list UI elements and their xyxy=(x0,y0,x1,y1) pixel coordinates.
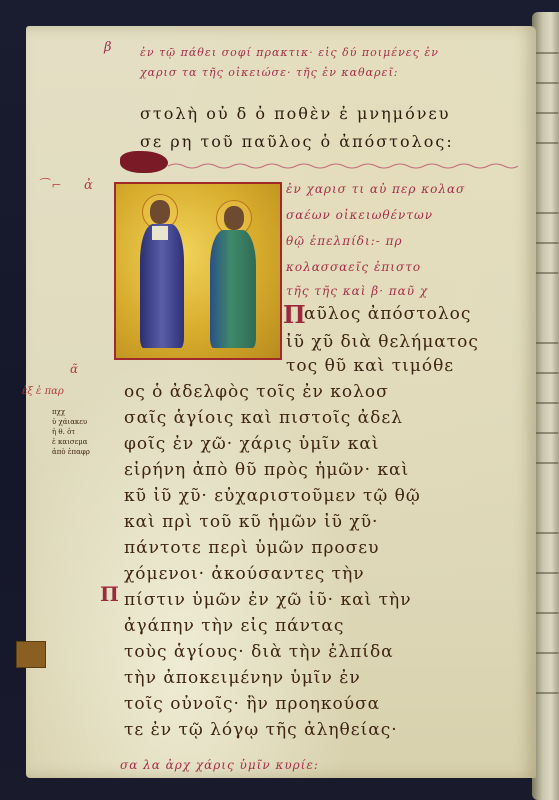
facing-page-edge xyxy=(532,12,559,800)
title-line-2: σε ρη τοῦ παῦλος ὁ ἀπόστολος: xyxy=(140,132,454,151)
main-line-beside-3: τος θῦ καὶ τιμόθε xyxy=(286,356,454,376)
red-ink-blot xyxy=(120,151,168,173)
rubric-line-2: σαέων οἰκειωθέντων xyxy=(286,208,433,222)
header-rubric-line-2: χαρισ τα τῆς οἰκειώσε· τῆς ἐν καθαρεῖ: xyxy=(140,66,398,79)
second-initial: Π xyxy=(100,582,120,606)
title-line-1: στολὴ οὐ δ ὀ ποθὲν ἐ μνημόνευ xyxy=(140,104,450,123)
right-saint-robe xyxy=(210,230,256,348)
margin-gloss-3: ἡ θ. ὁτ xyxy=(52,428,75,436)
margin-gloss-2: ὑ χάιακευ xyxy=(52,418,87,426)
main-line-beside-1: αῦλος ἀπόστολος xyxy=(304,304,471,324)
page-tab-marker xyxy=(16,641,46,668)
section-marker: β xyxy=(104,40,113,55)
wavy-divider xyxy=(168,162,518,170)
main-line-beside-2: ἰῦ χῦ διὰ θελήματος xyxy=(286,332,479,352)
margin-mark: ⁀ ⌐ xyxy=(38,178,62,192)
miniature-saints xyxy=(114,182,282,360)
main-line-13: τοῖς οὐνοῖς· ἣν προηκούσα xyxy=(124,694,380,714)
margin-letter-mid: ᾶ xyxy=(70,362,78,376)
left-saint-head xyxy=(150,200,170,224)
main-line-12: τὴν ἀποκειμένην ὑμῖν ἐν xyxy=(124,668,361,688)
main-line-2: σαῖς ἁγίοις καὶ πιστοῖς ἀδελ xyxy=(124,408,403,428)
main-line-5: κῦ ἰῦ χῦ· εὐχαριστοῦμεν τῷ θῷ xyxy=(124,486,421,506)
margin-gloss-4: ἐ καισεμα xyxy=(52,438,88,446)
main-line-14: τε ἐν τῷ λόγῳ τῆς ἀληθείας· xyxy=(124,720,398,740)
rubric-line-1: ἐν χαρισ τι αὐ περ κολασ xyxy=(286,182,465,196)
left-saint-robe xyxy=(140,224,184,348)
margin-gloss-5: ἀπὸ ἐπαφρ xyxy=(52,448,90,456)
main-line-6: καὶ πρὶ τοῦ κῦ ἡμῶν ἰῦ χῦ· xyxy=(124,512,378,532)
main-line-7: πάντοτε περὶ ὑμῶν προσευ xyxy=(124,538,379,558)
rubric-line-5: τῆς τῆς καὶ β· παῦ χ xyxy=(286,284,428,298)
main-line-8: χόμενοι· ἀκούσαντες τὴν xyxy=(124,564,365,584)
margin-gloss-1: πχχ xyxy=(52,408,65,416)
main-line-10: ἀγάπην τὴν εἰς πάντας xyxy=(124,616,344,636)
rubric-line-4: κολασσαεῖς ἐπιστο xyxy=(286,260,421,274)
rubric-line-3: θῷ ἐπελπίδι:- πρ xyxy=(286,234,403,248)
main-line-11: τοὺς ἁγίους· διὰ τὴν ἐλπίδα xyxy=(124,642,394,662)
right-saint-head xyxy=(224,206,244,230)
left-saint-omophorion xyxy=(152,226,168,240)
main-line-1: ος ὁ ἀδελφὸς τοῖς ἐν κολοσ xyxy=(124,382,389,402)
margin-rubric-mid: ἐξ ἐ παρ xyxy=(22,386,64,397)
main-line-3: φοῖς ἐν χῶ· χάρις ὑμῖν καὶ xyxy=(124,434,379,454)
header-rubric-line-1: ἐν τῷ πάθει σοφί πρακτικ· εἰς δύ ποιμένε… xyxy=(140,46,439,59)
main-line-9: πίστιν ὑμῶν ἐν χῶ ἰῦ· καὶ τὴν xyxy=(124,590,412,610)
end-rubric: σα λα ἀρχ χάρις ὑμῖν κυρίε: xyxy=(120,758,319,772)
main-line-4: εἰρήνη ἀπὸ θῦ πρὸς ἡμῶν· καὶ xyxy=(124,460,409,480)
margin-letter-top: ἀ xyxy=(84,178,93,193)
